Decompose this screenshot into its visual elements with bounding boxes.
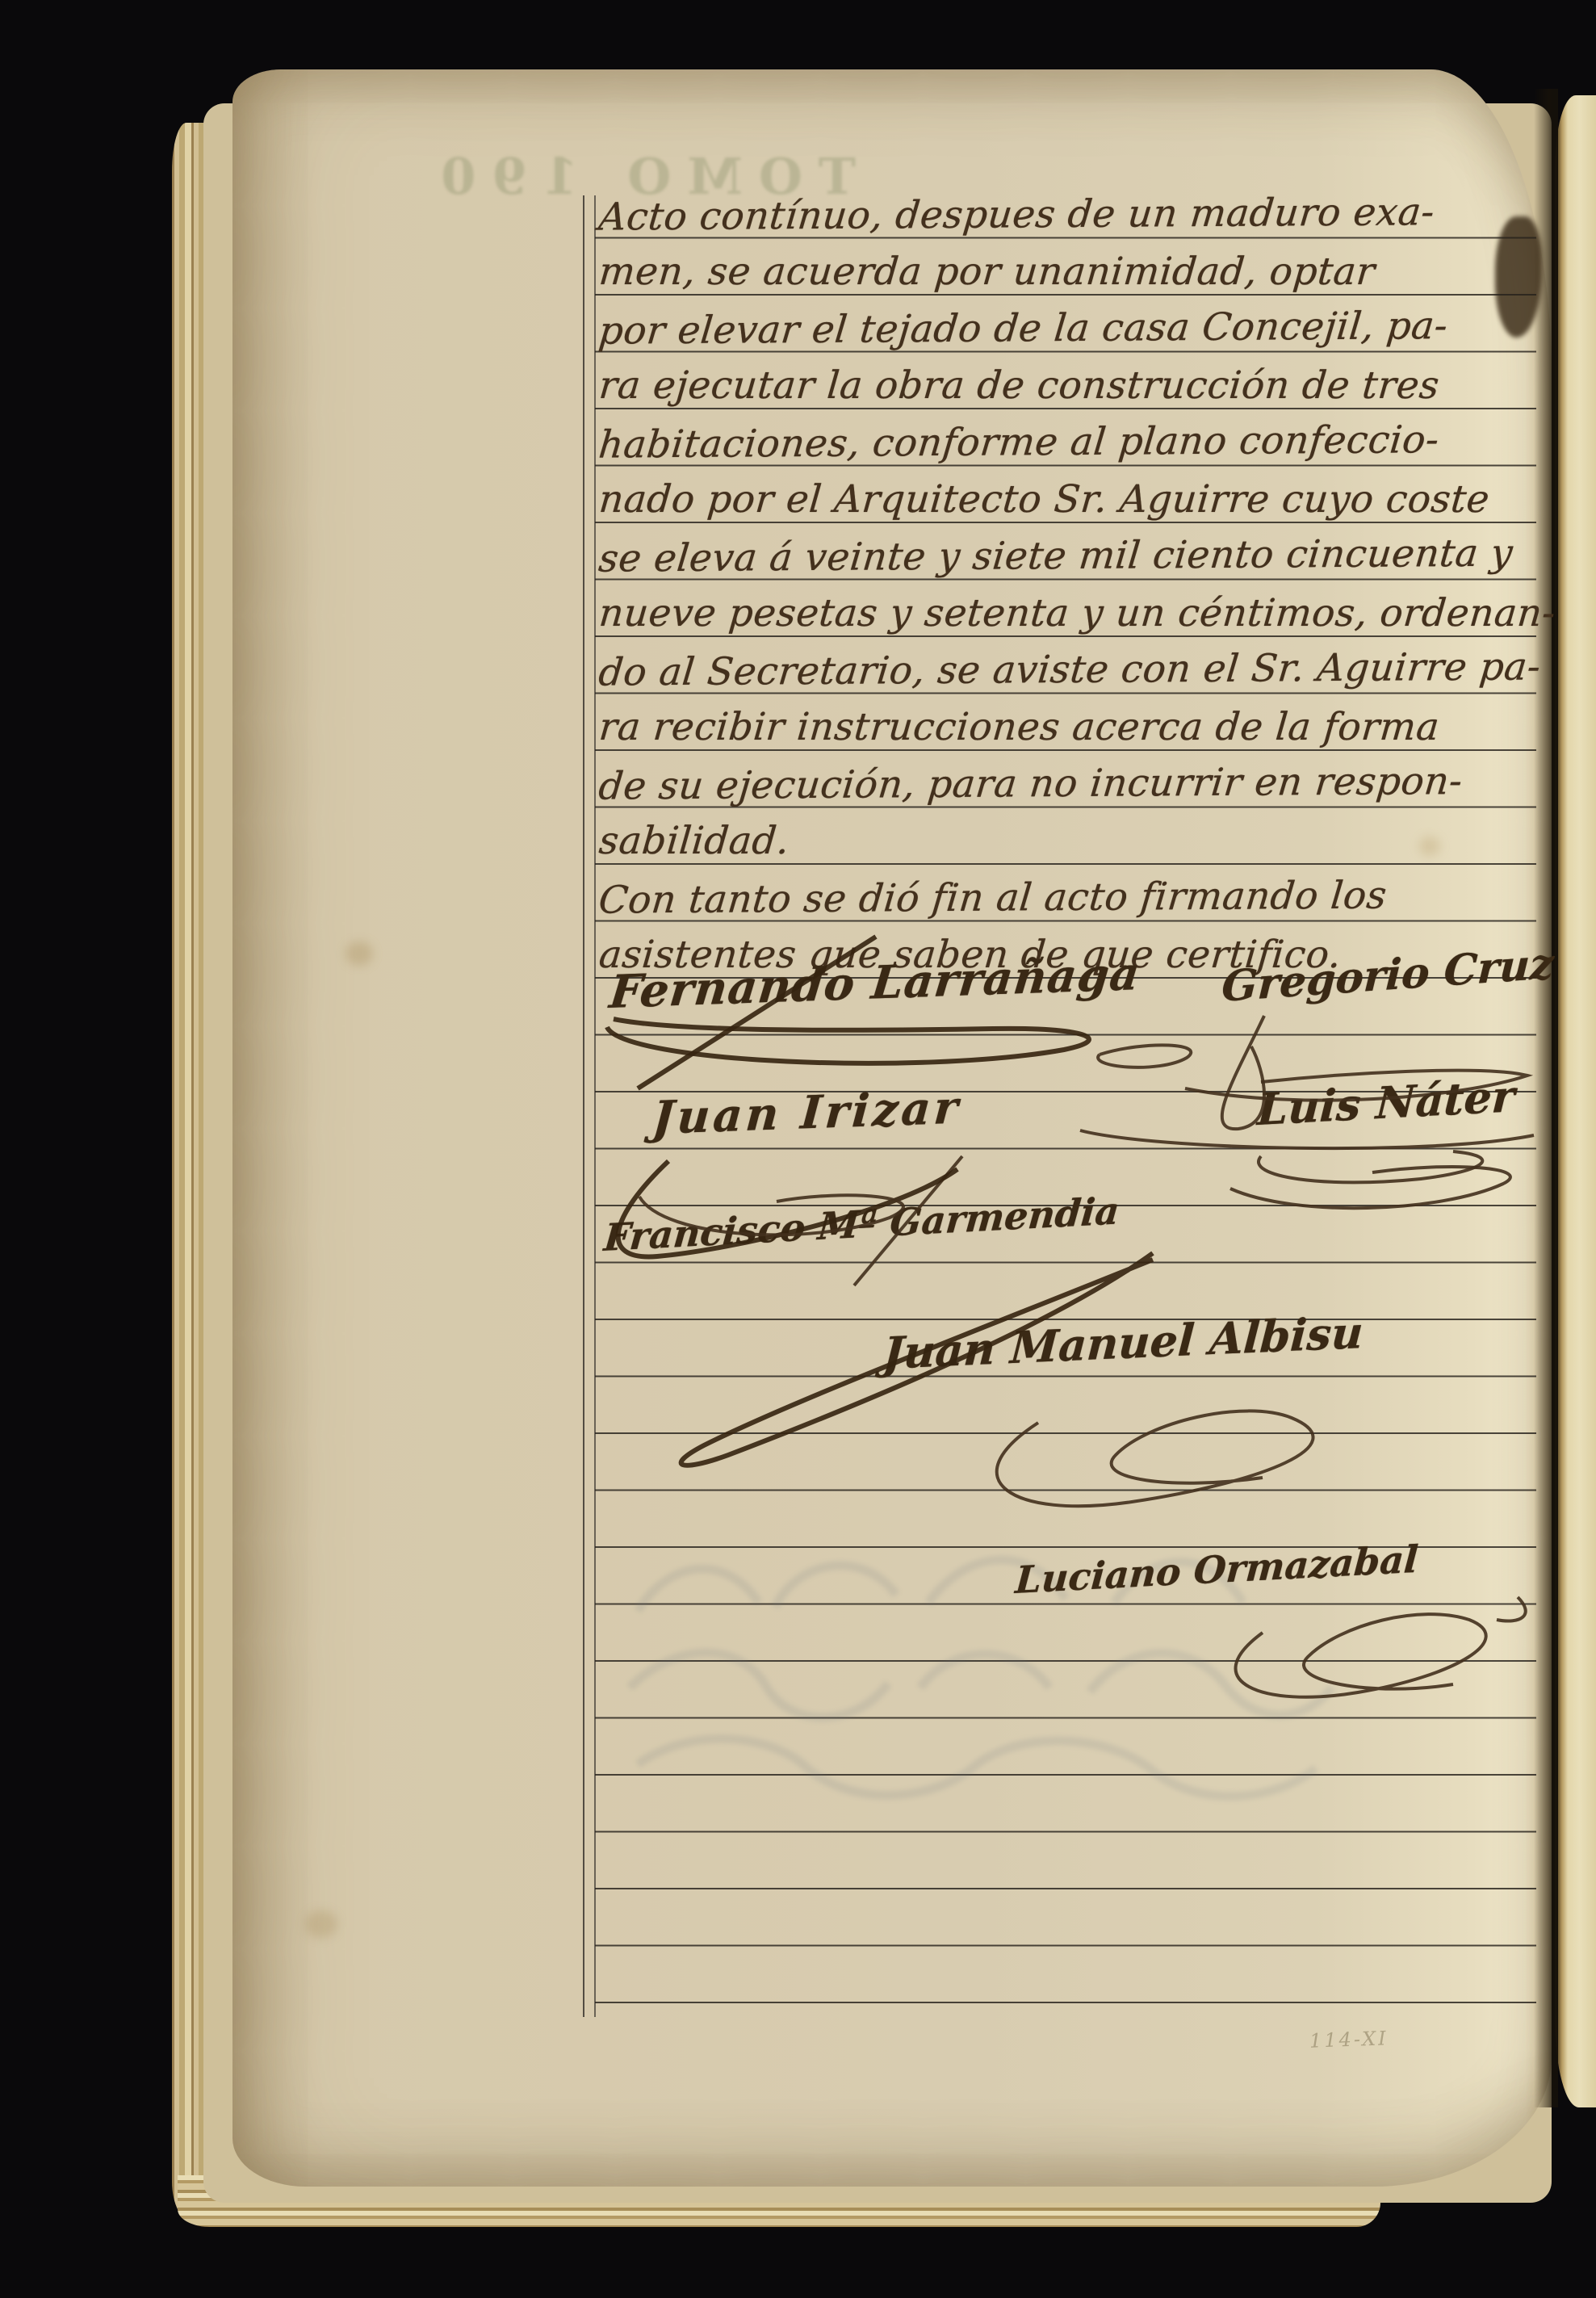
photograph-background: TOMO 190 Acto contínuo, despues de un ma… <box>0 0 1596 2298</box>
manuscript-line: habitaciones, conforme al plano confecci… <box>596 413 1545 476</box>
manuscript-line: nueve pesetas y setenta y un céntimos, o… <box>597 587 1544 644</box>
paper-stain <box>305 1910 337 1938</box>
manuscript-line: nado por el Arquitecto Sr. Aguirre cuyo … <box>597 473 1544 530</box>
manuscript-line: Acto contínuo, despues de un maduro exa- <box>596 185 1545 248</box>
manuscript-text-block: Acto contínuo, despues de un maduro exa-… <box>599 188 1542 985</box>
manuscript-line: sabilidad. <box>597 815 1544 872</box>
manuscript-line: men, se acuerda por unanimidad, optar <box>597 245 1544 303</box>
manuscript-line: ra recibir instrucciones acerca de la fo… <box>597 701 1544 758</box>
manuscript-line: de su ejecución, para no incurrir en res… <box>596 754 1545 817</box>
pencil-archival-note: 114-XI <box>1309 2027 1389 2052</box>
manuscript-line: do al Secretario, se aviste con el Sr. A… <box>596 640 1545 703</box>
manuscript-line: por elevar el tejado de la casa Concejil… <box>596 299 1545 362</box>
facing-page-edge <box>1555 95 1596 2107</box>
manuscript-line: ra ejecutar la obra de construcción de t… <box>597 359 1544 417</box>
manuscript-line: se eleva á veinte y siete mil ciento cin… <box>596 526 1545 589</box>
manuscript-line: Con tanto se dió fin al acto firmando lo… <box>596 868 1545 931</box>
signature-juan-irizar: Juan Irizar <box>651 1080 963 1145</box>
paper-stain <box>346 941 373 966</box>
margin-rule-line <box>583 195 596 2017</box>
